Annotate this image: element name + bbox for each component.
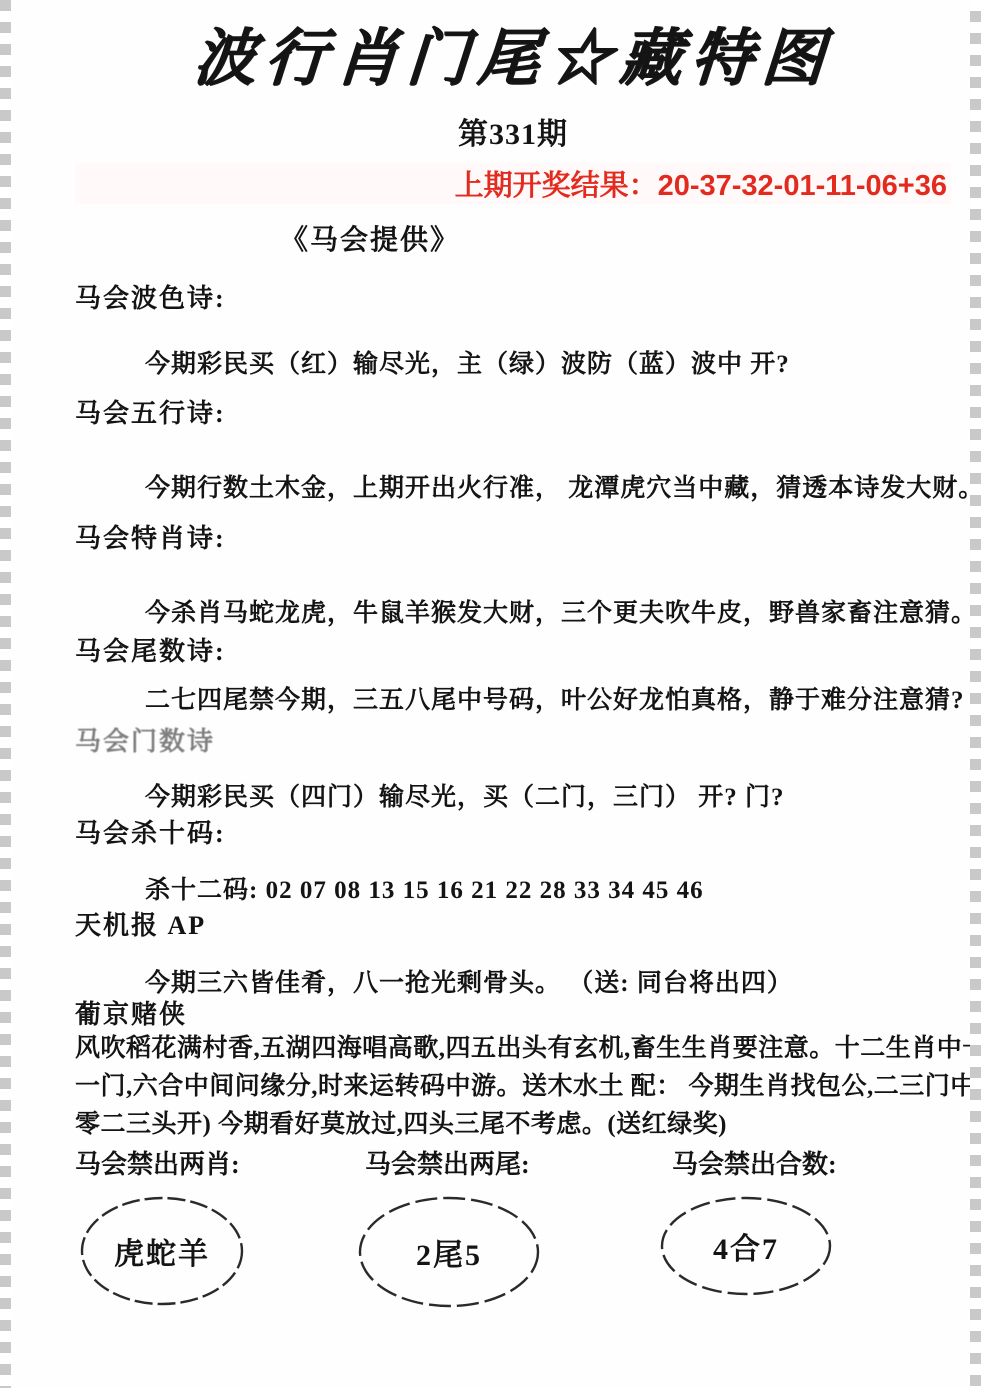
page-title: 波行肖门尾☆藏特图 bbox=[73, 24, 954, 95]
section-heading-shashima: 马会杀十码: bbox=[75, 819, 951, 849]
paragraph-line-3: 零二三头开) 今期看好莫放过,四头三尾不考虑。(送红绿奖) bbox=[75, 1106, 951, 1144]
poem-line-wuxing: 今期行数土木金，上期开出火行准， 龙潭虎穴当中藏，猜透本诗发大财。 解（?） bbox=[145, 474, 951, 503]
ban-ellipse-shengxiao: 虎蛇羊 bbox=[77, 1192, 247, 1310]
right-edge-checker-strip bbox=[970, 0, 981, 1388]
last-draw-result: 上期开奖结果：20-37-32-01-11-06+36 bbox=[75, 163, 951, 204]
last-draw-numbers: 20-37-32-01-11-06+36 bbox=[658, 170, 947, 202]
paragraph-line-2: 一门,六合中间问缘分,时来运转码中游。送木水土 配： 今期生肖找包公,二三门中出… bbox=[75, 1068, 951, 1106]
ban-ellipse-heshu: 4合7 bbox=[657, 1192, 835, 1300]
ban-label-weishu: 马会禁出两尾: bbox=[365, 1150, 672, 1180]
section-heading-weishu: 马会尾数诗: bbox=[75, 637, 951, 667]
provider-note: 《马会提供》 bbox=[280, 218, 951, 258]
sheet-content: 波行肖门尾☆藏特图 第331期 上期开奖结果：20-37-32-01-11-06… bbox=[0, 24, 981, 1312]
section-heading-tianjibao: 天机报 AP bbox=[75, 911, 951, 941]
ban-value-weishu: 2尾5 bbox=[416, 1230, 482, 1274]
ban-label-shengxiao: 马会禁出两肖: bbox=[75, 1150, 365, 1180]
ban-label-heshu: 马会禁出合数: bbox=[672, 1150, 837, 1180]
section-heading-menshu: 马会门数诗 bbox=[75, 727, 951, 757]
ban-value-heshu: 4合7 bbox=[713, 1224, 779, 1268]
ban-value-shengxiao: 虎蛇羊 bbox=[114, 1229, 210, 1273]
ban-ellipse-weishu: 2尾5 bbox=[355, 1192, 543, 1312]
section-heading-bose: 马会波色诗: bbox=[75, 284, 951, 314]
lottery-tip-sheet: 波行肖门尾☆藏特图 第331期 上期开奖结果：20-37-32-01-11-06… bbox=[0, 0, 981, 1388]
poem-line-menshu: 今期彩民买（四门）输尽光，买（二门，三门） 开? 门? bbox=[145, 783, 951, 812]
issue-number: 第331期 bbox=[75, 109, 951, 153]
section-heading-wuxing: 马会五行诗: bbox=[75, 399, 951, 429]
last-draw-label: 上期开奖结果： bbox=[455, 170, 658, 202]
poem-line-weishu: 二七四尾禁今期，三五八尾中号码，叶公好龙怕真格，静于难分注意猜? bbox=[145, 686, 951, 715]
ban-labels-row: 马会禁出两肖: 马会禁出两尾: 马会禁出合数: bbox=[75, 1150, 951, 1180]
section-heading-texiao: 马会特肖诗: bbox=[75, 524, 951, 554]
kill-numbers-line: 杀十二码: 02 07 08 13 15 16 21 22 28 33 34 4… bbox=[145, 876, 951, 905]
section-heading-pujingduxia: 葡京赌侠 bbox=[75, 1000, 951, 1030]
poem-line-tianjibao: 今期三六皆佳肴，八一抢光剩骨头。 （送: 同台将出四） bbox=[145, 969, 951, 998]
paragraph-line-1: 风吹稻花满村香,五湖四海唱高歌,四五出头有玄机,畜生生肖要注意。十二生肖中一个,… bbox=[75, 1030, 951, 1068]
ban-values-row: 虎蛇羊 2尾5 4合7 bbox=[75, 1192, 951, 1312]
poem-line-texiao: 今杀肖马蛇龙虎，牛鼠羊猴发大财，三个更夫吹牛皮，野兽家畜注意猜。 开? bbox=[145, 599, 951, 628]
poem-line-bose: 今期彩民买（红）输尽光，主（绿）波防（蓝）波中 开? bbox=[145, 350, 951, 379]
left-edge-checker-strip bbox=[0, 0, 11, 1388]
